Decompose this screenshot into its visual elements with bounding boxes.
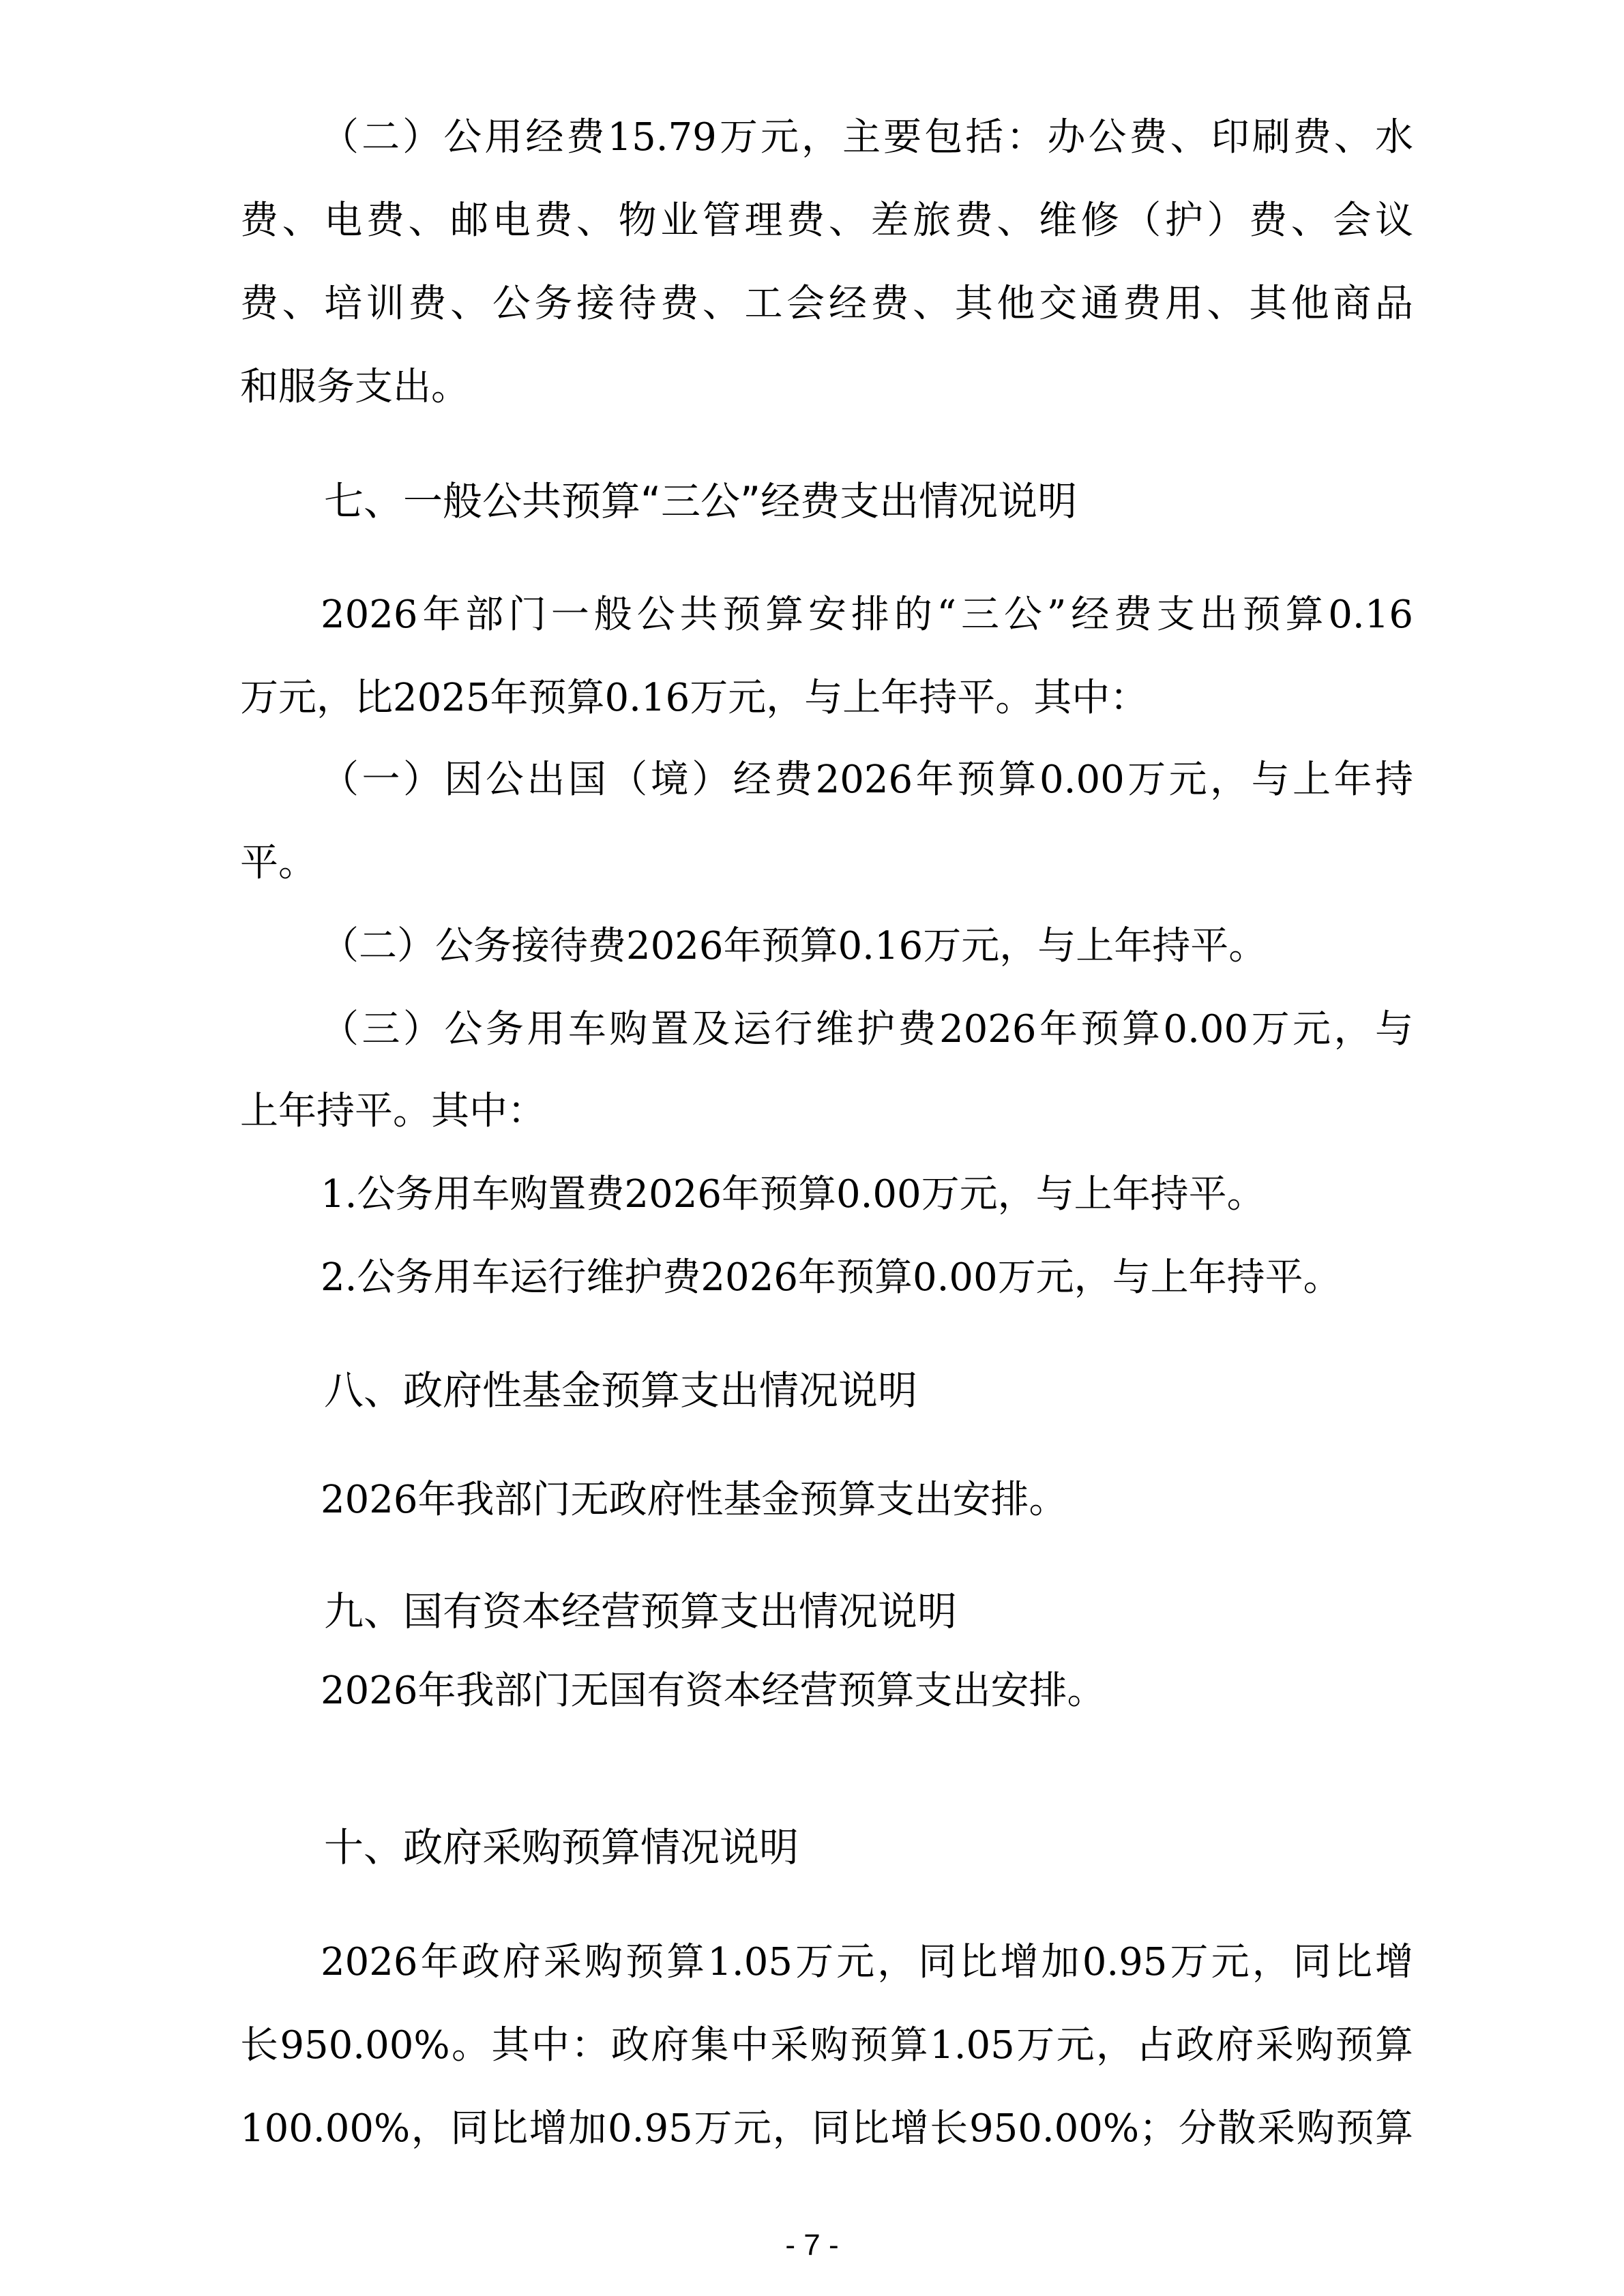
paragraph-public-expenses-line-1: （二）公用经费15.79万元，主要包括：办公费、印刷费、水 (321, 116, 1413, 160)
paragraph-overseas-line-1: （一）因公出国（境）经费2026年预算0.00万元，与上年持 (321, 758, 1413, 802)
paragraph-government-fund: 2026年我部门无政府性基金预算支出安排。 (321, 1478, 1413, 1522)
paragraph-procurement-line-1: 2026年政府采购预算1.05万元，同比增加0.95万元，同比增 (321, 1941, 1413, 1984)
section-heading-eight: 八、政府性基金预算支出情况说明 (324, 1368, 917, 1413)
paragraph-state-capital: 2026年我部门无国有资本经营预算支出安排。 (321, 1669, 1413, 1713)
page-number: - 7 - (0, 2228, 1624, 2263)
paragraph-vehicle-purchase: 1.公务用车购置费2026年预算0.00万元，与上年持平。 (321, 1173, 1413, 1217)
paragraph-three-public-line-1: 2026年部门一般公共预算安排的“三公”经费支出预算0.16 (321, 593, 1413, 637)
paragraph-public-expenses-line-2: 费、电费、邮电费、物业管理费、差旅费、维修（护）费、会议 (240, 199, 1413, 243)
paragraph-reception: （二）公务接待费2026年预算0.16万元，与上年持平。 (321, 925, 1413, 968)
section-heading-ten: 十、政府采购预算情况说明 (324, 1825, 799, 1870)
section-heading-nine: 九、国有资本经营预算支出情况说明 (324, 1589, 957, 1634)
document-page: （二）公用经费15.79万元，主要包括：办公费、印刷费、水 费、电费、邮电费、物… (0, 0, 1624, 2296)
paragraph-procurement-line-3: 100.00%，同比增加0.95万元，同比增长950.00%；分散采购预算 (240, 2107, 1413, 2151)
paragraph-vehicles-line-2: 上年持平。其中： (240, 1090, 1413, 1133)
paragraph-public-expenses-line-4: 和服务支出。 (240, 366, 1413, 409)
paragraph-three-public-line-2: 万元，比2025年预算0.16万元，与上年持平。其中： (240, 676, 1413, 720)
paragraph-public-expenses-line-3: 费、培训费、公务接待费、工会经费、其他交通费用、其他商品 (240, 282, 1413, 326)
section-heading-seven: 七、一般公共预算“三公”经费支出情况说明 (324, 479, 1077, 524)
paragraph-procurement-line-2: 长950.00%。其中：政府集中采购预算1.05万元，占政府采购预算 (240, 2024, 1413, 2068)
paragraph-overseas-line-2: 平。 (240, 841, 1413, 885)
paragraph-vehicles-line-1: （三）公务用车购置及运行维护费2026年预算0.00万元，与 (321, 1008, 1413, 1052)
paragraph-vehicle-maintenance: 2.公务用车运行维护费2026年预算0.00万元，与上年持平。 (321, 1256, 1413, 1300)
